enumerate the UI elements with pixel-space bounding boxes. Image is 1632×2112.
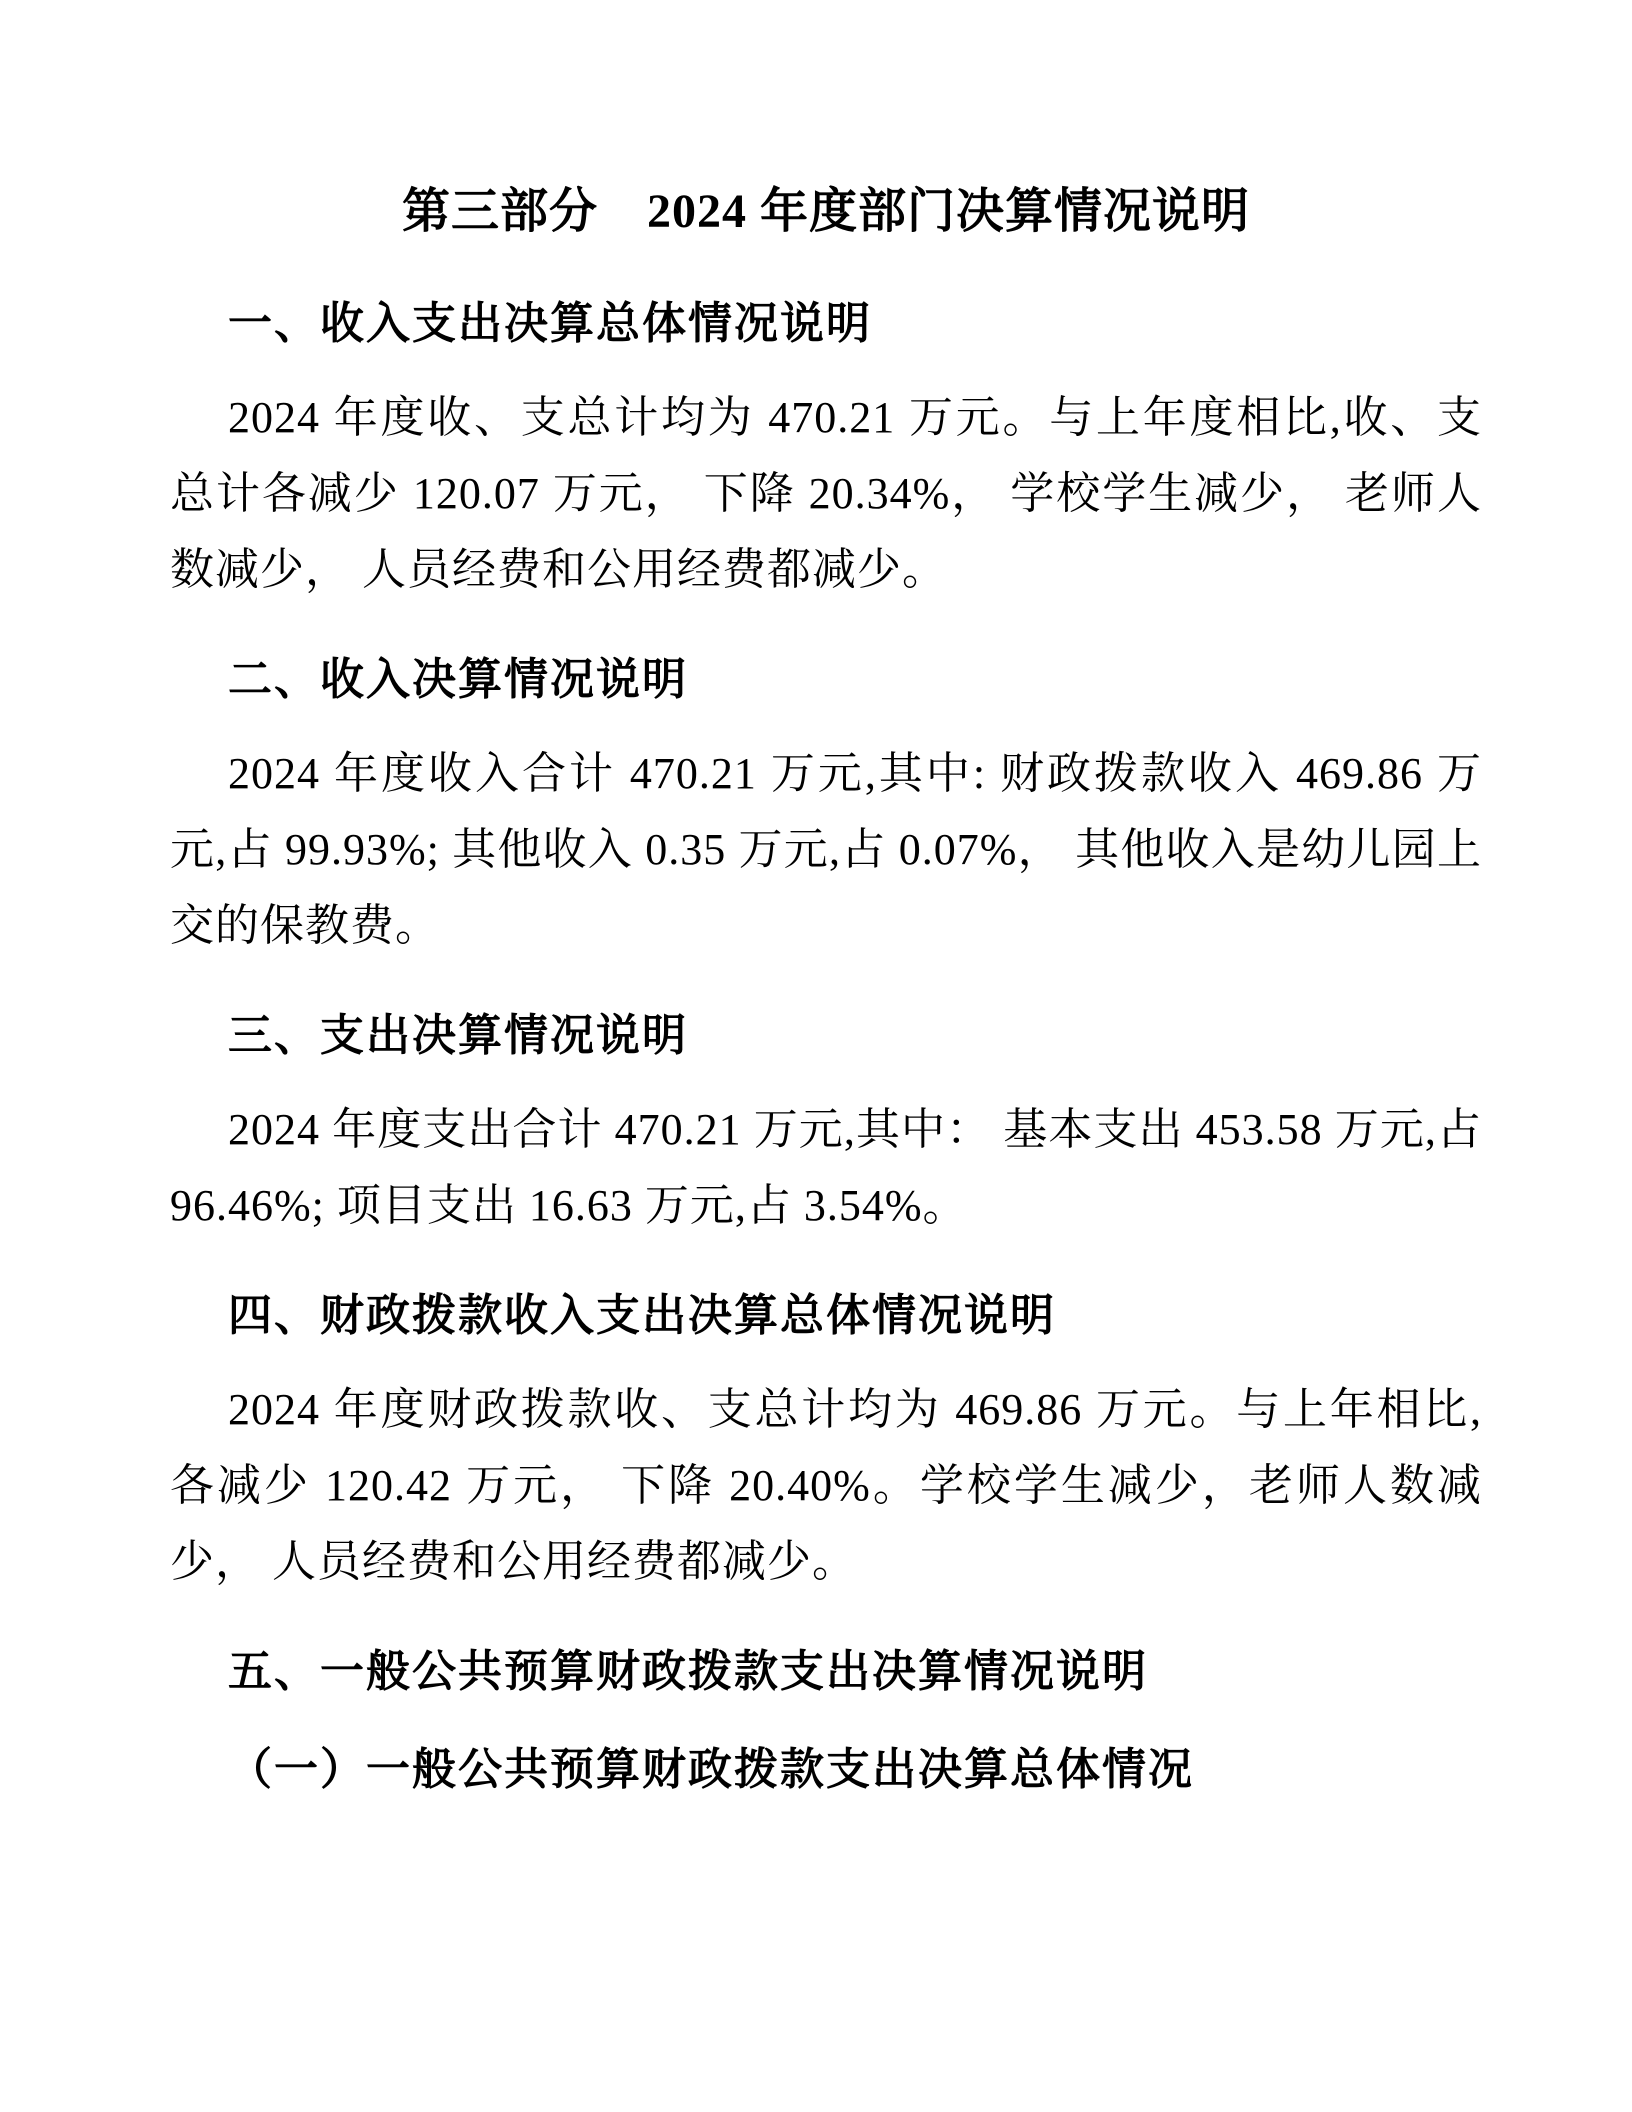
body-paragraph-2: 2024 年度收入合计 470.21 万元,其中: 财政拨款收入 469.86 … [170, 736, 1482, 964]
body-paragraph-1: 2024 年度收、支总计均为 470.21 万元。与上年度相比,收、支总计各减少… [170, 380, 1482, 608]
section-heading-2: 二、收入决算情况说明 [170, 642, 1482, 718]
section-heading-4: 四、财政拨款收入支出决算总体情况说明 [170, 1278, 1482, 1354]
sub-heading-5-1: （一）一般公共预算财政拨款支出决算总体情况 [170, 1732, 1482, 1808]
document-page: 第三部分 2024 年度部门决算情况说明 一、收入支出决算总体情况说明 2024… [0, 0, 1632, 2112]
body-paragraph-4: 2024 年度财政拨款收、支总计均为 469.86 万元。与上年相比,各减少 1… [170, 1372, 1482, 1600]
section-heading-5: 五、一般公共预算财政拨款支出决算情况说明 [170, 1634, 1482, 1710]
body-paragraph-3: 2024 年度支出合计 470.21 万元,其中： 基本支出 453.58 万元… [170, 1092, 1482, 1244]
section-heading-1: 一、收入支出决算总体情况说明 [170, 286, 1482, 362]
section-heading-3: 三、支出决算情况说明 [170, 998, 1482, 1074]
document-title: 第三部分 2024 年度部门决算情况说明 [170, 172, 1482, 252]
